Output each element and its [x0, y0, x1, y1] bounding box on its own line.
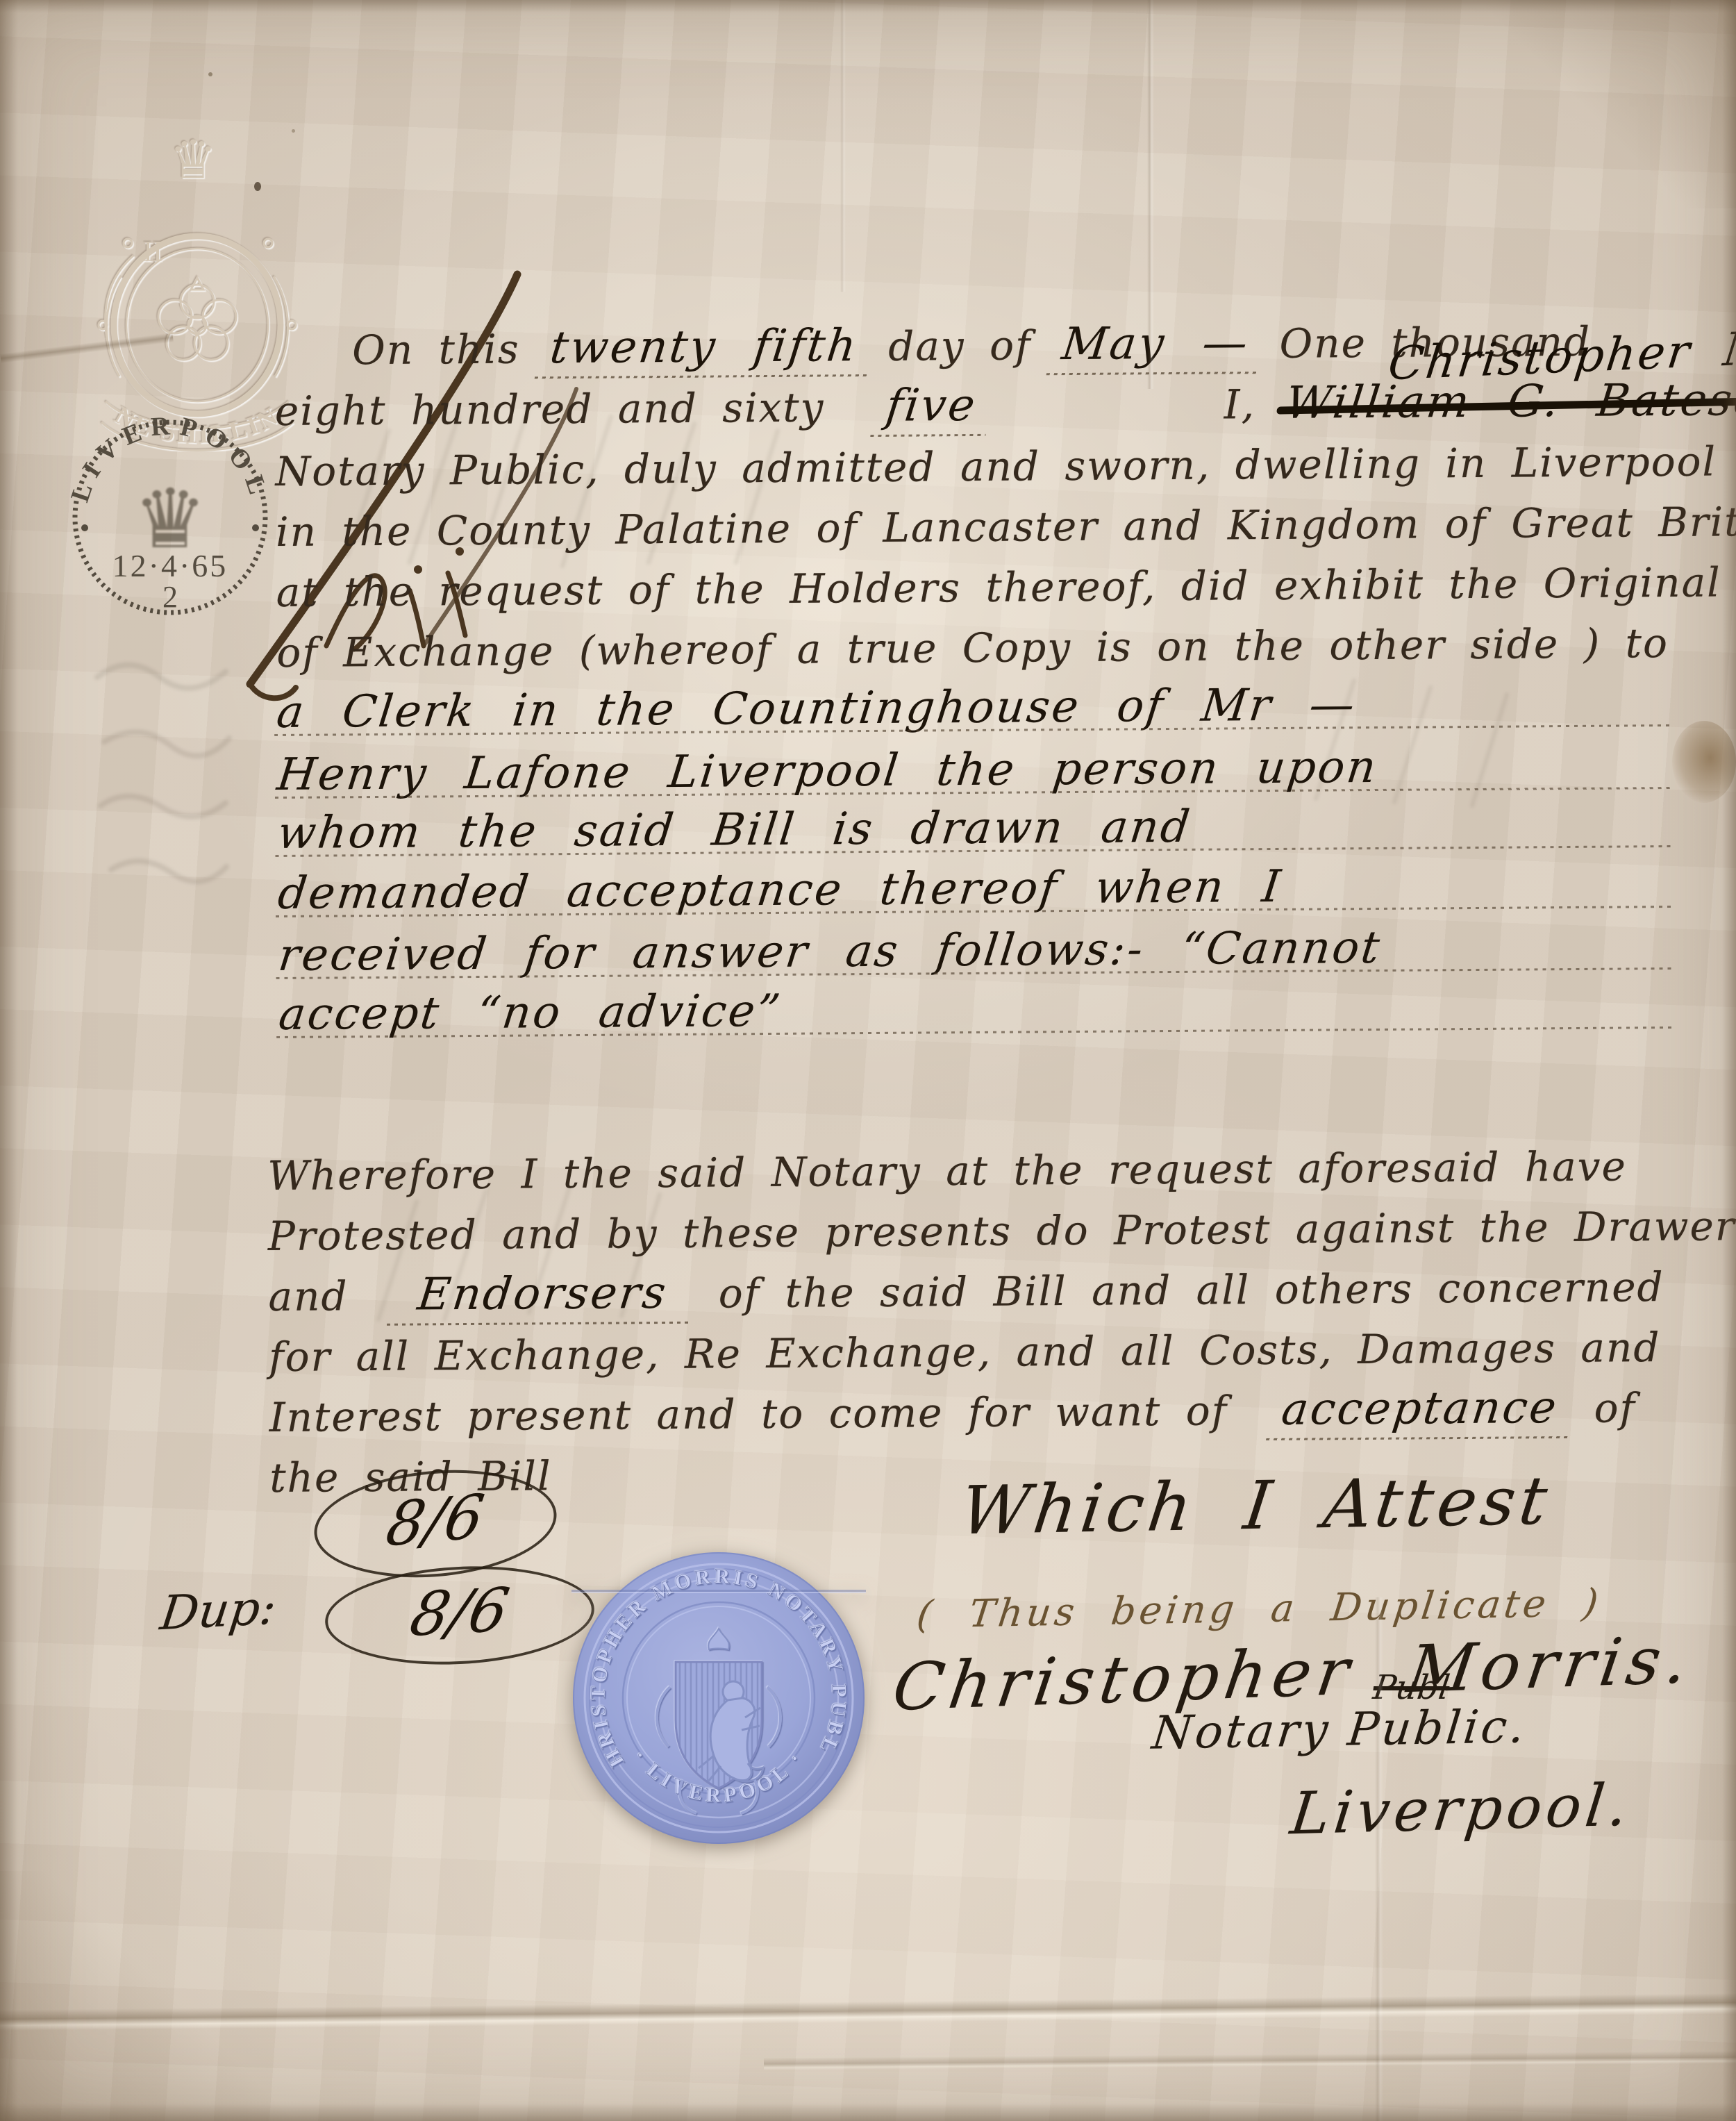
text-line: eight hundred and sixtyfiveI,William G. …: [275, 372, 1658, 442]
text-segment: day of: [888, 322, 1032, 369]
text-line: for all Exchange, Re Exchange, and all C…: [269, 1317, 1655, 1388]
text-segment: On this: [352, 326, 520, 374]
text-line: of Exchange (whereof a true Copy is on t…: [276, 613, 1659, 683]
text-segment: Protested and by these presents do Prote…: [268, 1202, 1736, 1260]
text-segment: and: [268, 1272, 349, 1320]
text-line: accept “no advice”: [279, 976, 1662, 1046]
text-segment: I,: [1224, 381, 1255, 428]
text-segment: in the County Palatine of Lancaster and …: [276, 497, 1736, 556]
text-segment: acceptance: [1266, 1382, 1574, 1440]
ink-speck: [254, 182, 261, 191]
text-line: at the request of the Holders thereof, d…: [276, 553, 1658, 623]
text-line: a Clerk in the Countinghouse of Mr —: [277, 674, 1660, 744]
text-line: received for answer as follows:- “Cannot: [278, 917, 1661, 987]
text-segment: Wherefore I the said Notary at the reque…: [267, 1142, 1627, 1199]
ink-speck: [208, 72, 212, 76]
text-segment: twenty fifth: [535, 320, 874, 379]
dup-label: Dup:: [157, 1581, 279, 1642]
text-segment: Endorsers: [387, 1267, 699, 1326]
notary-seal: CHRISTOPHER MORRIS NOTARY PUBLIC · LIVER…: [571, 1551, 866, 1845]
ink-smudge: [1672, 721, 1736, 803]
text-line: Wherefore I the said Notary at the reque…: [267, 1136, 1653, 1206]
text-line: andEndorsersof the said Bill and all oth…: [268, 1257, 1654, 1327]
text-segment: Notary Public, duly admitted and sworn, …: [275, 438, 1717, 495]
text-segment: Interest present and to come for want of: [269, 1387, 1228, 1441]
text-segment: of the said Bill and all others concerne…: [719, 1263, 1664, 1317]
text-line: Protested and by these presents do Prote…: [268, 1197, 1654, 1267]
notary-title: Notary Public.: [1149, 1699, 1530, 1759]
text-line: Interest present and to come for want of…: [269, 1378, 1655, 1448]
correction-stack: William G. Bateson.Christopher Morris: [1286, 370, 1736, 434]
text-segment: of Exchange (whereof a true Copy is on t…: [276, 619, 1669, 676]
text-segment: of: [1594, 1384, 1636, 1431]
fee-amount-bottom: 8/6: [405, 1575, 515, 1650]
text-line: Notary Public, duly admitted and sworn, …: [275, 432, 1658, 502]
emboss-crown-icon: ♛: [169, 128, 217, 190]
document-page: ♛ II ONE SHILLING LIVERPOOL ♛ 12·4·6: [0, 0, 1736, 2121]
text-segment: eight hundred and sixty: [275, 383, 825, 435]
protest-text-paragraph-2: Wherefore I the said Notary at the reque…: [267, 1136, 1655, 1508]
text-line: in the County Palatine of Lancaster and …: [276, 492, 1658, 563]
text-segment: May —: [1046, 317, 1265, 375]
ink-speck: [292, 129, 295, 133]
text-segment: for all Exchange, Re Exchange, and all C…: [269, 1324, 1661, 1381]
text-segment: at the request of the Holders thereof, d…: [276, 558, 1736, 616]
attestation-line: Which I Attest: [956, 1462, 1555, 1550]
notary-place: Liverpool.: [1287, 1771, 1635, 1848]
text-segment: five: [870, 380, 992, 437]
text-line: whom the said Bill is drawn and: [278, 795, 1660, 865]
protest-text-paragraph-1: On thistwenty fifthday ofMay —One thousa…: [274, 311, 1661, 1046]
fee-amount-top: 8/6: [382, 1481, 489, 1561]
text-segment: accept “no advice”: [276, 985, 785, 1040]
text-line: demanded acceptance thereof when I: [278, 855, 1660, 925]
